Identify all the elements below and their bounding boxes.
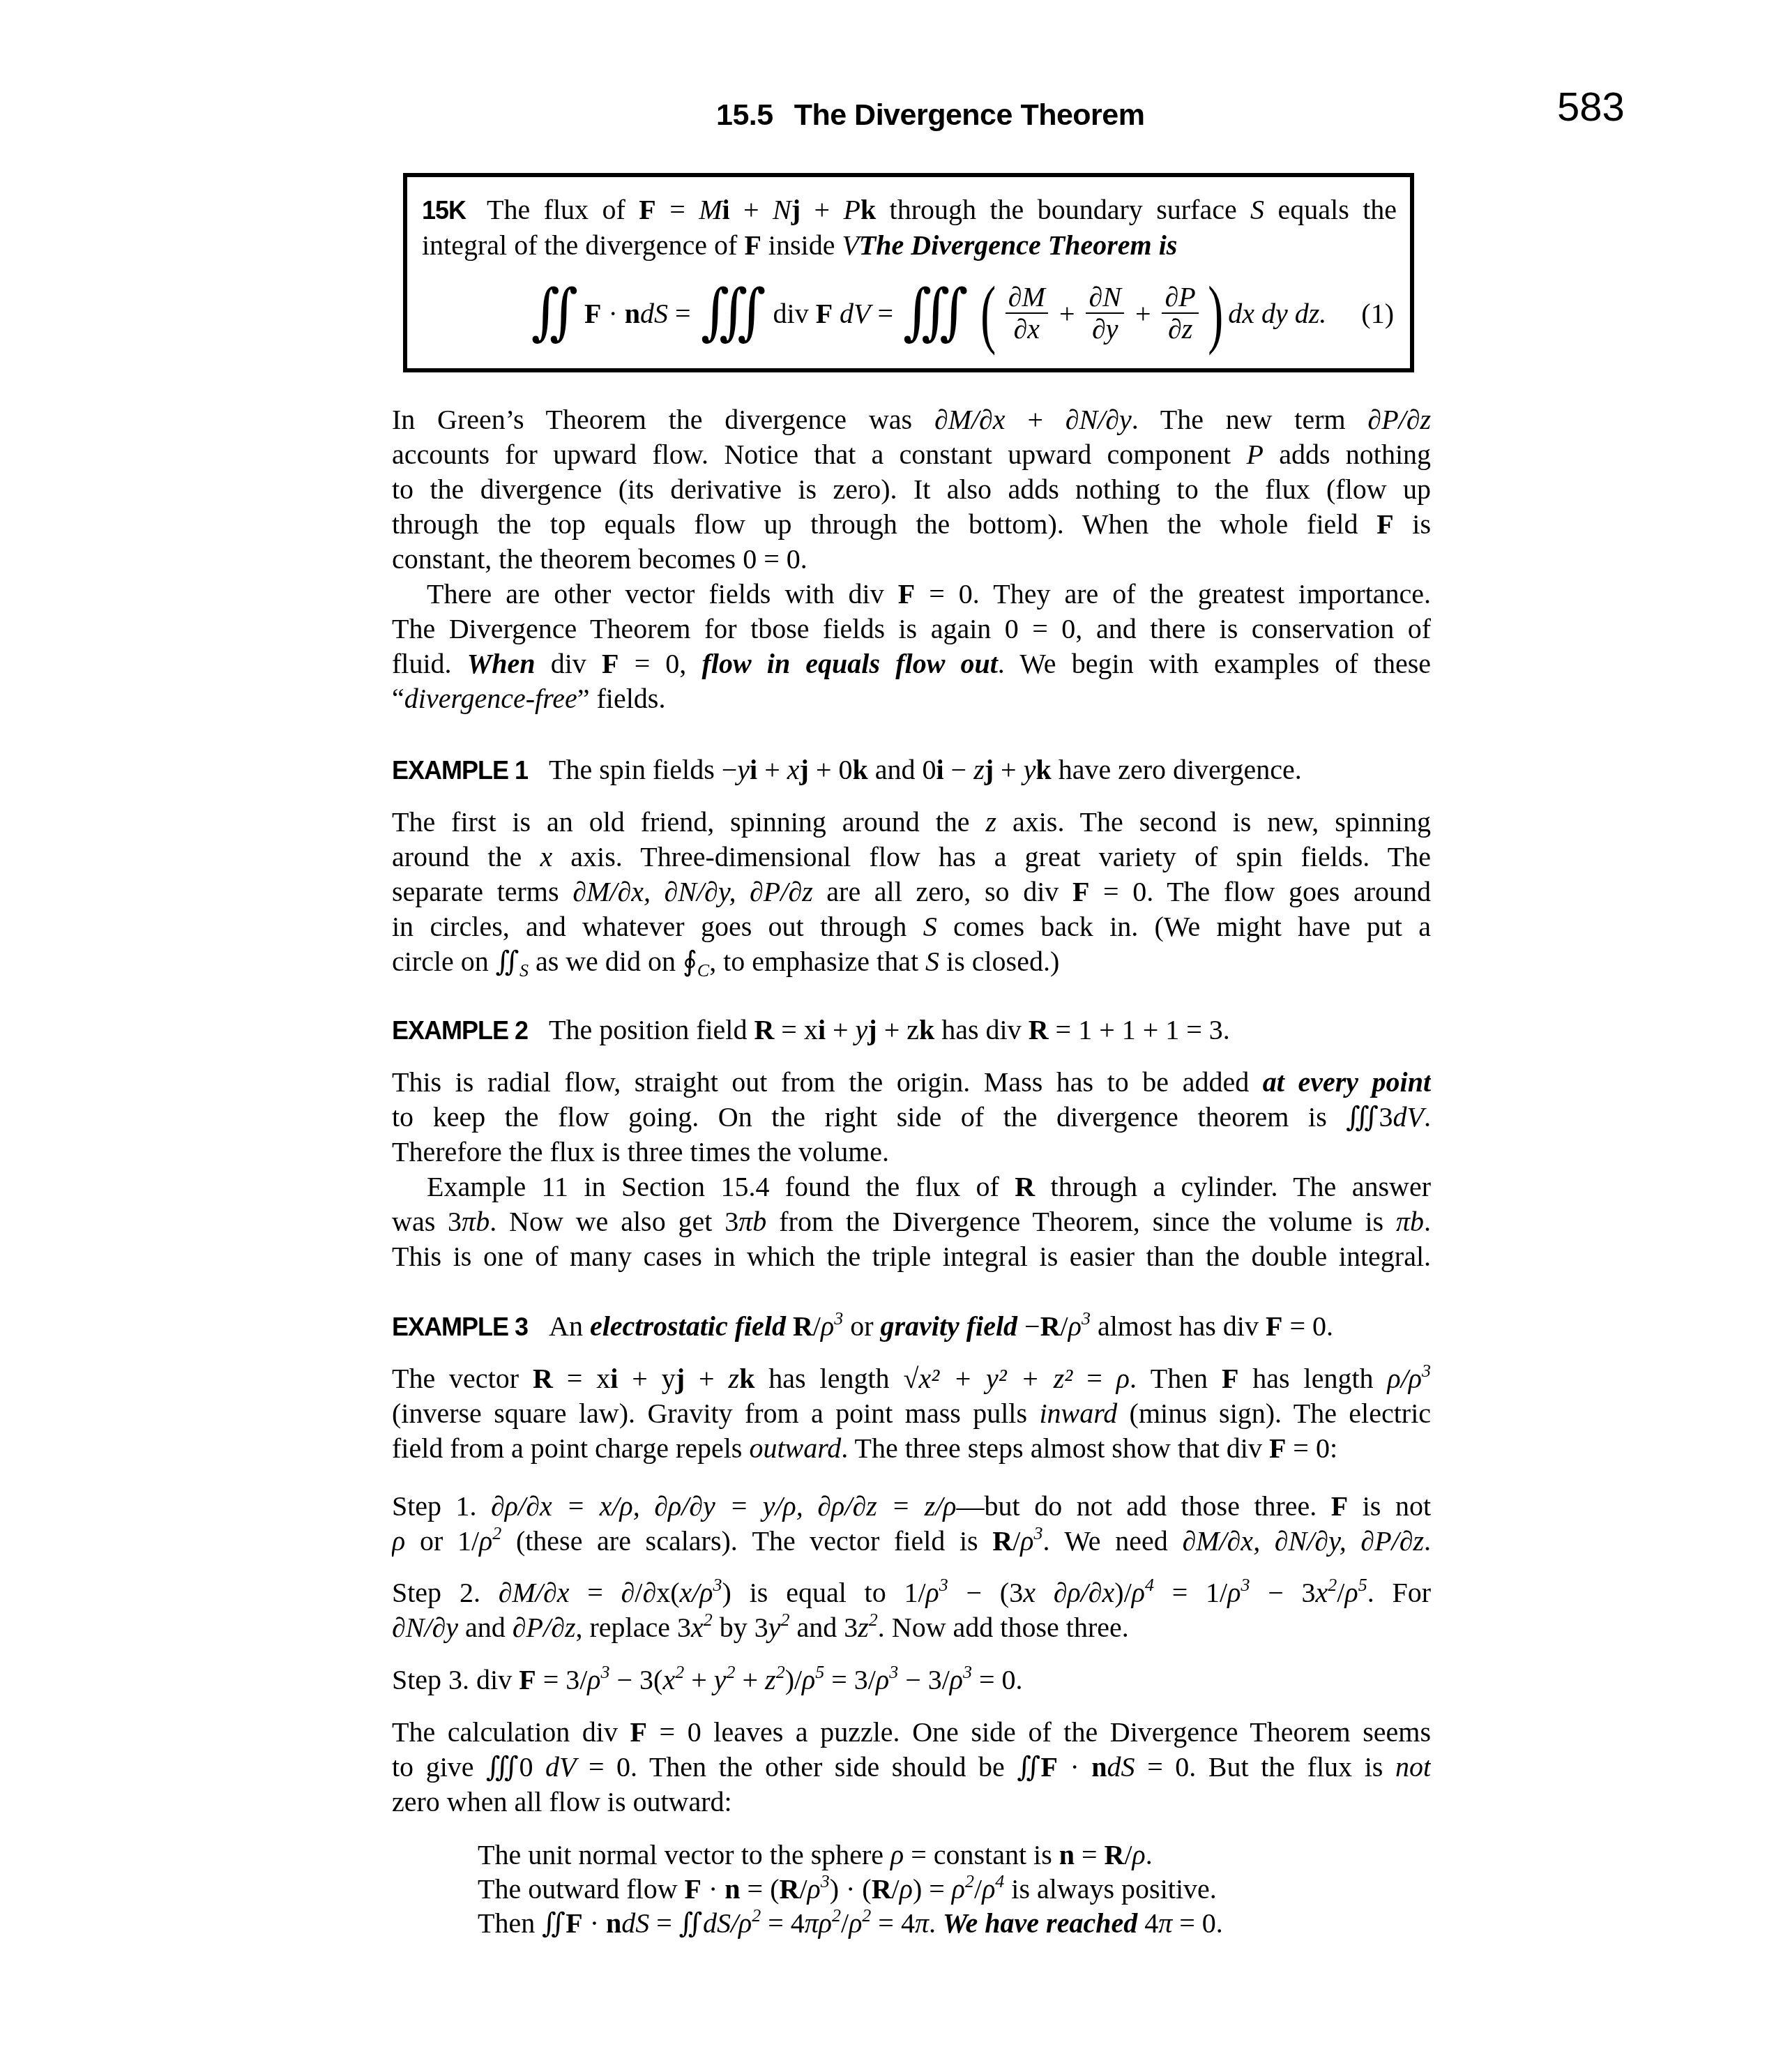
example-1-line: circle on ∬S as we did on ∮C, to emphasi… <box>392 944 1431 979</box>
example-1-line: around the x axis. Three-dimensional flo… <box>392 840 1431 875</box>
theorem-line: integral of the divergence of F inside V… <box>422 228 1397 263</box>
puzzle-line: The calculation div F = 0 leaves a puzzl… <box>392 1715 1431 1750</box>
example-1-statement: EXAMPLE 1The spin fields −yi + xj + 0k a… <box>392 753 1431 788</box>
page-number: 583 <box>1557 85 1625 130</box>
example-1-line: separate terms ∂M/∂x, ∂N/∂y, ∂P/∂z are a… <box>392 875 1431 909</box>
triple-integral-symbol: ∭ <box>903 282 955 344</box>
running-head: 15.5The Divergence Theorem <box>716 98 1144 133</box>
intro-line: through the top equals flow up through t… <box>392 507 1431 542</box>
section-title: The Divergence Theorem <box>794 98 1145 132</box>
conclusion-line: The unit normal vector to the sphere ρ =… <box>478 1838 1384 1873</box>
theorem-line: 15KThe flux of F = Mi + Nj + Pk through … <box>422 192 1397 228</box>
divergence-theorem-formula: ∬ F · ndS = ∭ div F dV = ∭ ( ∂M∂x + ∂N∂y… <box>529 268 1394 358</box>
example-2-statement: EXAMPLE 2The position field R = xi + yj … <box>392 1013 1431 1048</box>
theorem-box-15K: 15KThe flux of F = Mi + Nj + Pk through … <box>403 173 1414 372</box>
example-3-line: field from a point charge repels outward… <box>392 1431 1431 1466</box>
example-label: EXAMPLE 1 <box>392 756 528 785</box>
example-3-line: (inverse square law). Gravity from a poi… <box>392 1396 1431 1431</box>
example-2-line: This is one of many cases in which the t… <box>392 1239 1431 1274</box>
fraction-dM-dx: ∂M∂x <box>1006 282 1048 345</box>
formula-mid: div F dV <box>773 297 871 330</box>
conclusion-line: Then ∬F · ndS = ∬dS/ρ2 = 4πρ2/ρ2 = 4π. W… <box>478 1906 1384 1941</box>
left-paren: ( <box>980 275 996 351</box>
intro-line: fluid. When div F = 0, flow in equals fl… <box>392 646 1431 681</box>
example-2-line: to keep the flow going. On the right sid… <box>392 1100 1431 1135</box>
example-2-line: Example 11 in Section 15.4 found the flu… <box>392 1170 1431 1204</box>
textbook-page: 15.5The Divergence Theorem 583 15KThe fl… <box>0 0 1790 2072</box>
step-1-line: Step 1. ∂ρ/∂x = x/ρ, ∂ρ/∂y = y/ρ, ∂ρ/∂z … <box>392 1489 1431 1524</box>
right-paren: ) <box>1208 275 1223 351</box>
puzzle-line: zero when all flow is outward: <box>392 1785 1431 1820</box>
example-2-line: was 3πb. Now we also get 3πb from the Di… <box>392 1204 1431 1239</box>
example-2-line: This is radial flow, straight out from t… <box>392 1065 1431 1100</box>
example-2-line: Therefore the flux is three times the vo… <box>392 1135 1431 1170</box>
step-2-line: Step 2. ∂M/∂x = ∂/∂x(x/ρ3) is equal to 1… <box>392 1575 1431 1610</box>
example-1-line: in circles, and whatever goes out throug… <box>392 909 1431 944</box>
formula-lhs: F · ndS <box>584 297 668 330</box>
intro-line: “divergence-free” fields. <box>392 681 1431 716</box>
example-3-line: The vector R = xi + yj + zk has length √… <box>392 1361 1431 1396</box>
conclusion-line: The outward flow F · n = (R/ρ3) · (R/ρ) … <box>478 1872 1384 1907</box>
step-1-line: ρ or 1/ρ2 (these are scalars). The vecto… <box>392 1524 1431 1559</box>
equation-number: (1) <box>1361 297 1394 330</box>
example-3-statement: EXAMPLE 3An electrostatic field R/ρ3 or … <box>392 1309 1431 1345</box>
intro-line: constant, the theorem becomes 0 = 0. <box>392 542 1431 577</box>
step-2-line: ∂N/∂y and ∂P/∂z, replace 3x2 by 3y2 and … <box>392 1610 1431 1645</box>
example-1-line: The first is an old friend, spinning aro… <box>392 805 1431 840</box>
intro-line: There are other vector fields with div F… <box>392 577 1431 612</box>
step-3-line: Step 3. div F = 3/ρ3 − 3(x2 + y2 + z2)/ρ… <box>392 1663 1431 1697</box>
intro-line: accounts for upward flow. Notice that a … <box>392 437 1431 472</box>
example-label: EXAMPLE 3 <box>392 1313 528 1341</box>
intro-line: In Green’s Theorem the divergence was ∂M… <box>392 402 1431 437</box>
puzzle-line: to give ∭0 dV = 0. Then the other side s… <box>392 1750 1431 1785</box>
fraction-dN-dy: ∂N∂y <box>1086 282 1123 345</box>
formula-differentials: dx dy dz. <box>1228 297 1326 330</box>
triple-integral-symbol: ∭ <box>701 282 752 344</box>
double-integral-symbol: ∬ <box>531 282 565 344</box>
intro-line: The Divergence Theorem for tbose fields … <box>392 612 1431 646</box>
section-number: 15.5 <box>716 98 773 132</box>
intro-line: to the divergence (its derivative is zer… <box>392 472 1431 507</box>
fraction-dP-dz: ∂P∂z <box>1162 282 1198 345</box>
example-label: EXAMPLE 2 <box>392 1016 528 1045</box>
